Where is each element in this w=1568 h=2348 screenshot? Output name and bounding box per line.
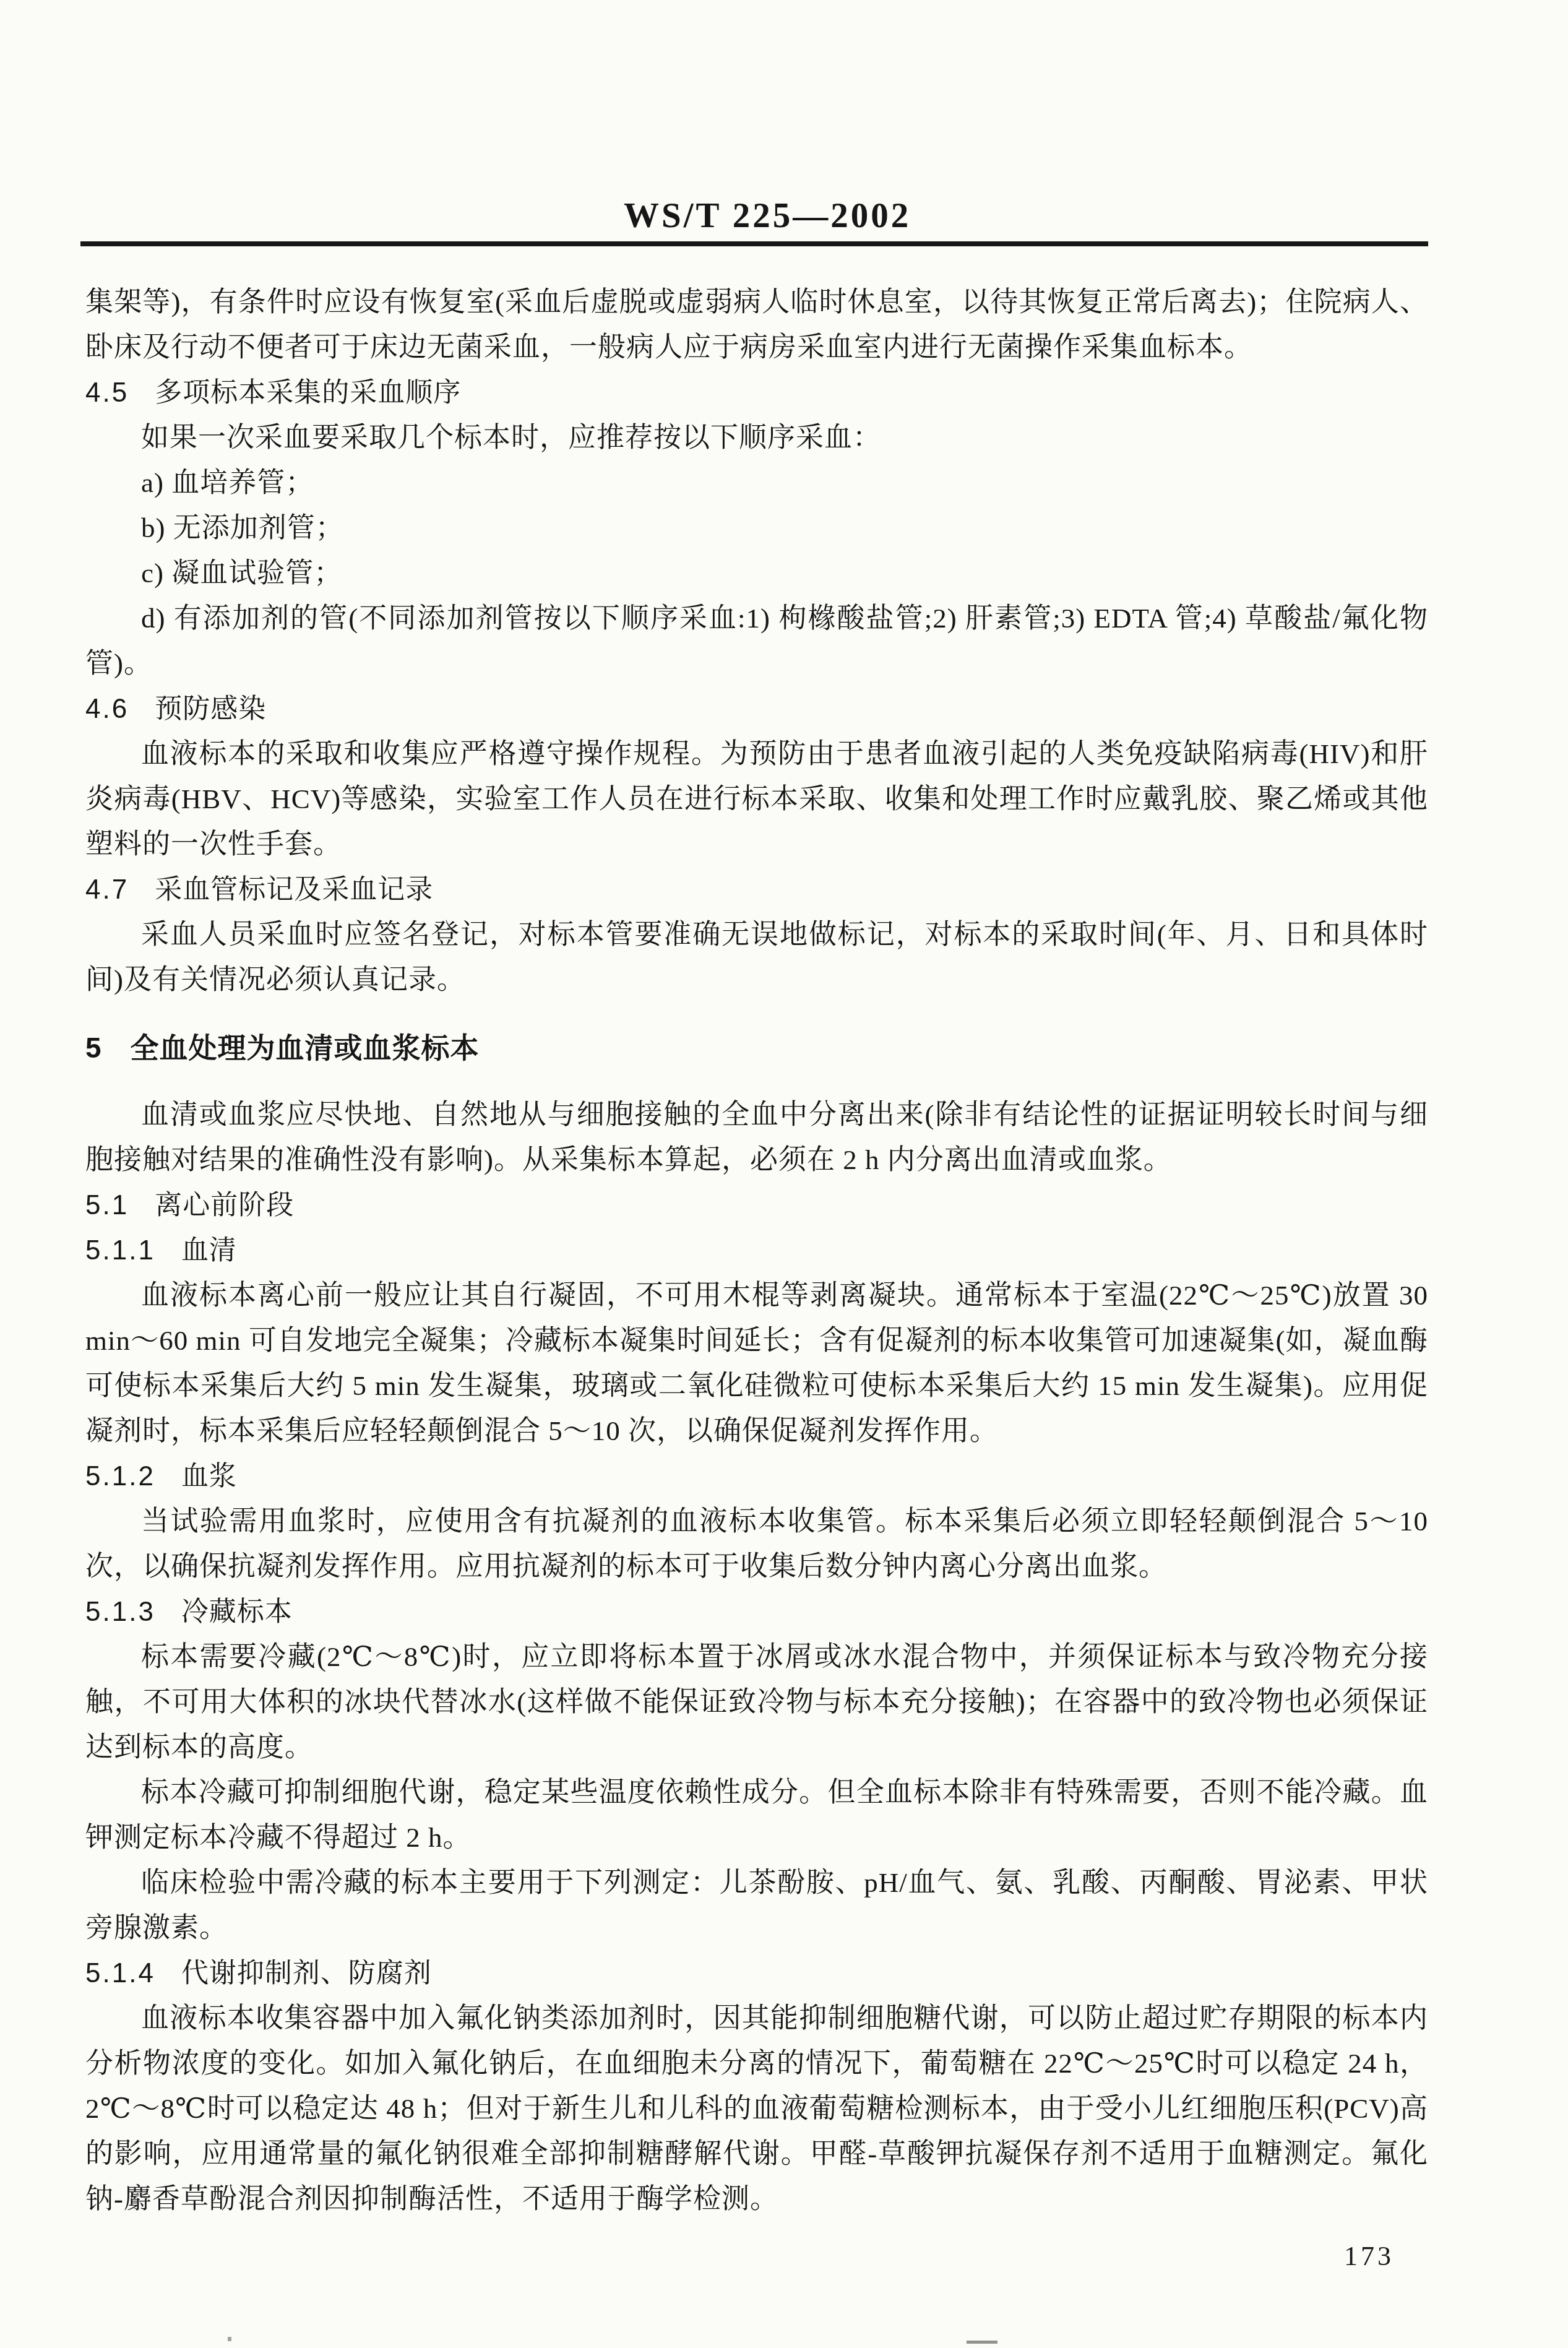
paragraph: 血液标本离心前一般应让其自行凝固，不可用木棍等剥离凝块。通常标本于室温(22℃～…: [85, 1273, 1428, 1454]
clause-heading-5-1-3: 5.1.3冷藏标本: [85, 1589, 1428, 1634]
paragraph: 血清或血浆应尽快地、自然地从与细胞接触的全血中分离出来(除非有结论性的证据证明较…: [85, 1092, 1428, 1183]
clause-number: 5.1.1: [85, 1235, 155, 1266]
paragraph: 当试验需用血浆时，应使用含有抗凝剂的血液标本收集管。标本采集后必须立即轻轻颠倒混…: [85, 1499, 1428, 1589]
clause-number: 5.1.3: [85, 1597, 155, 1627]
clause-heading-5-1-2: 5.1.2血浆: [85, 1454, 1428, 1499]
list-item-b: b) 无添加剂管；: [85, 506, 1428, 551]
clause-title: 采血管标记及采血记录: [155, 874, 433, 905]
document-page: WS/T 225—2002 集架等)，有条件时应设有恢复室(采血后虚脱或虚弱病人…: [0, 0, 1568, 2348]
clause-heading-4-7: 4.7采血管标记及采血记录: [85, 867, 1428, 912]
clause-number: 4.5: [85, 378, 129, 408]
list-item-c: c) 凝血试验管；: [85, 551, 1428, 596]
paragraph: 血液标本收集容器中加入氟化钠类添加剂时，因其能抑制细胞糖代谢，可以防止超过贮存期…: [85, 1996, 1428, 2222]
clause-heading-5-1-1: 5.1.1血清: [85, 1228, 1428, 1273]
clause-number: 4.6: [85, 694, 129, 724]
clause-title: 冷藏标本: [181, 1597, 293, 1627]
clause-number: 5.1.2: [85, 1461, 155, 1491]
clause-title: 多项标本采集的采血顺序: [155, 378, 461, 408]
paragraph: 临床检验中需冷藏的标本主要用于下列测定：儿茶酚胺、pH/血气、氨、乳酸、丙酮酸、…: [85, 1860, 1428, 1951]
section-heading-5: 5全血处理为血清或血浆标本: [85, 1025, 1428, 1071]
header-rule: [80, 241, 1428, 246]
page-number: 173: [1344, 2240, 1394, 2272]
scan-artifact: [228, 2337, 231, 2341]
clause-number: 4.7: [85, 874, 129, 905]
clause-heading-4-5: 4.5多项标本采集的采血顺序: [85, 370, 1428, 415]
clause-heading-5-1-4: 5.1.4代谢抑制剂、防腐剂: [85, 1951, 1428, 1996]
standard-code: WS/T 225—2002: [624, 196, 911, 236]
clause-title: 血清: [181, 1235, 237, 1266]
paragraph: 集架等)，有条件时应设有恢复室(采血后虚脱或虚弱病人临时休息室，以待其恢复正常后…: [85, 280, 1428, 370]
list-item-a: a) 血培养管；: [85, 460, 1428, 506]
clause-heading-4-6: 4.6预防感染: [85, 686, 1428, 732]
paragraph: 标本冷藏可抑制细胞代谢，稳定某些温度依赖性成分。但全血标本除非有特殊需要，否则不…: [85, 1770, 1428, 1860]
paragraph: 采血人员采血时应签名登记，对标本管要准确无误地做标记，对标本的采取时间(年、月、…: [85, 912, 1428, 1003]
clause-title: 预防感染: [155, 694, 266, 724]
section-title: 全血处理为血清或血浆标本: [131, 1032, 480, 1064]
clause-number: 5.1.4: [85, 1958, 155, 1988]
clause-heading-5-1: 5.1离心前阶段: [85, 1183, 1428, 1228]
clause-title: 代谢抑制剂、防腐剂: [181, 1958, 432, 1988]
section-number: 5: [85, 1032, 102, 1064]
paragraph: 如果一次采血要采取几个标本时，应推荐按以下顺序采血：: [85, 415, 1428, 460]
paragraph: 血液标本的采取和收集应严格遵守操作规程。为预防由于患者血液引起的人类免疫缺陷病毒…: [85, 732, 1428, 867]
list-item-d: d) 有添加剂的管(不同添加剂管按以下顺序采血:1) 枸橼酸盐管;2) 肝素管;…: [85, 596, 1428, 686]
scan-artifact: [967, 2341, 997, 2344]
clause-title: 血浆: [181, 1461, 237, 1491]
clause-title: 离心前阶段: [155, 1190, 294, 1220]
clause-number: 5.1: [85, 1190, 129, 1220]
document-body: 集架等)，有条件时应设有恢复室(采血后虚脱或虚弱病人临时休息室，以待其恢复正常后…: [85, 280, 1428, 2222]
paragraph: 标本需要冷藏(2℃～8℃)时，应立即将标本置于冰屑或冰水混合物中，并须保证标本与…: [85, 1634, 1428, 1770]
